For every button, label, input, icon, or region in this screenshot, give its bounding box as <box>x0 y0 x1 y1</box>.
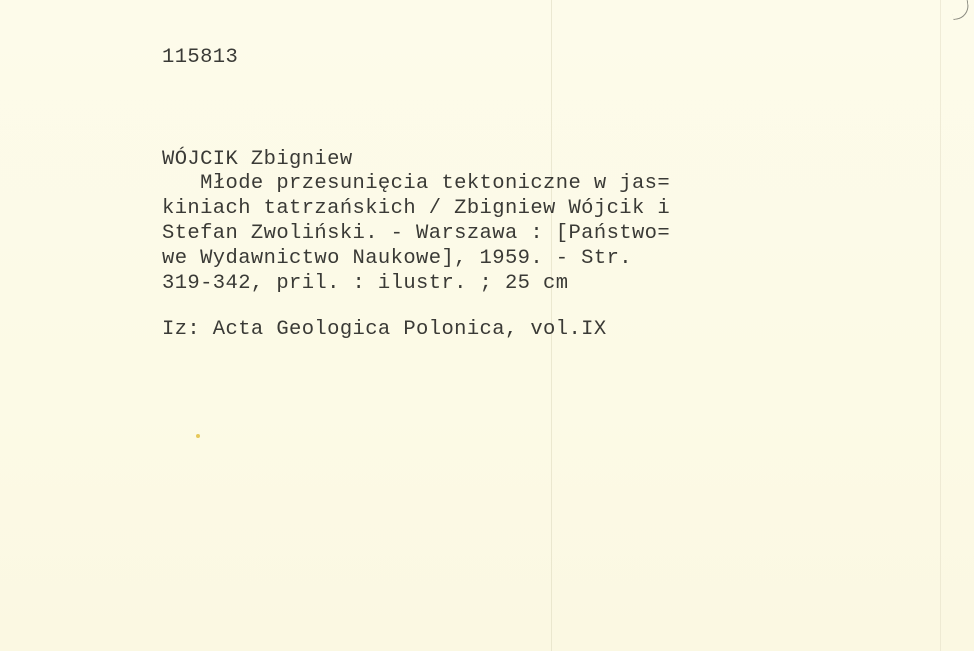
description-line: 319-342, pril. : ilustr. ; 25 cm <box>162 272 568 296</box>
check-mark-icon <box>951 0 970 20</box>
paper-speck <box>196 434 200 438</box>
crease-line-right <box>940 0 941 651</box>
description-line: Stefan Zwoliński. - Warszawa : [Państwo= <box>162 222 670 246</box>
accession-number: 115813 <box>162 46 238 70</box>
heading-author: WÓJCIK Zbigniew <box>162 148 353 172</box>
description-line: Młode przesunięcia tektoniczne w jas= <box>162 172 670 196</box>
description-line: we Wydawnictwo Naukowe], 1959. - Str. <box>162 247 632 271</box>
description-line: kiniach tatrzańskich / Zbigniew Wójcik i <box>162 197 670 221</box>
source-note: Iz: Acta Geologica Polonica, vol.IX <box>162 318 607 342</box>
catalog-card: 115813 WÓJCIK Zbigniew Młode przesunięci… <box>0 0 974 651</box>
